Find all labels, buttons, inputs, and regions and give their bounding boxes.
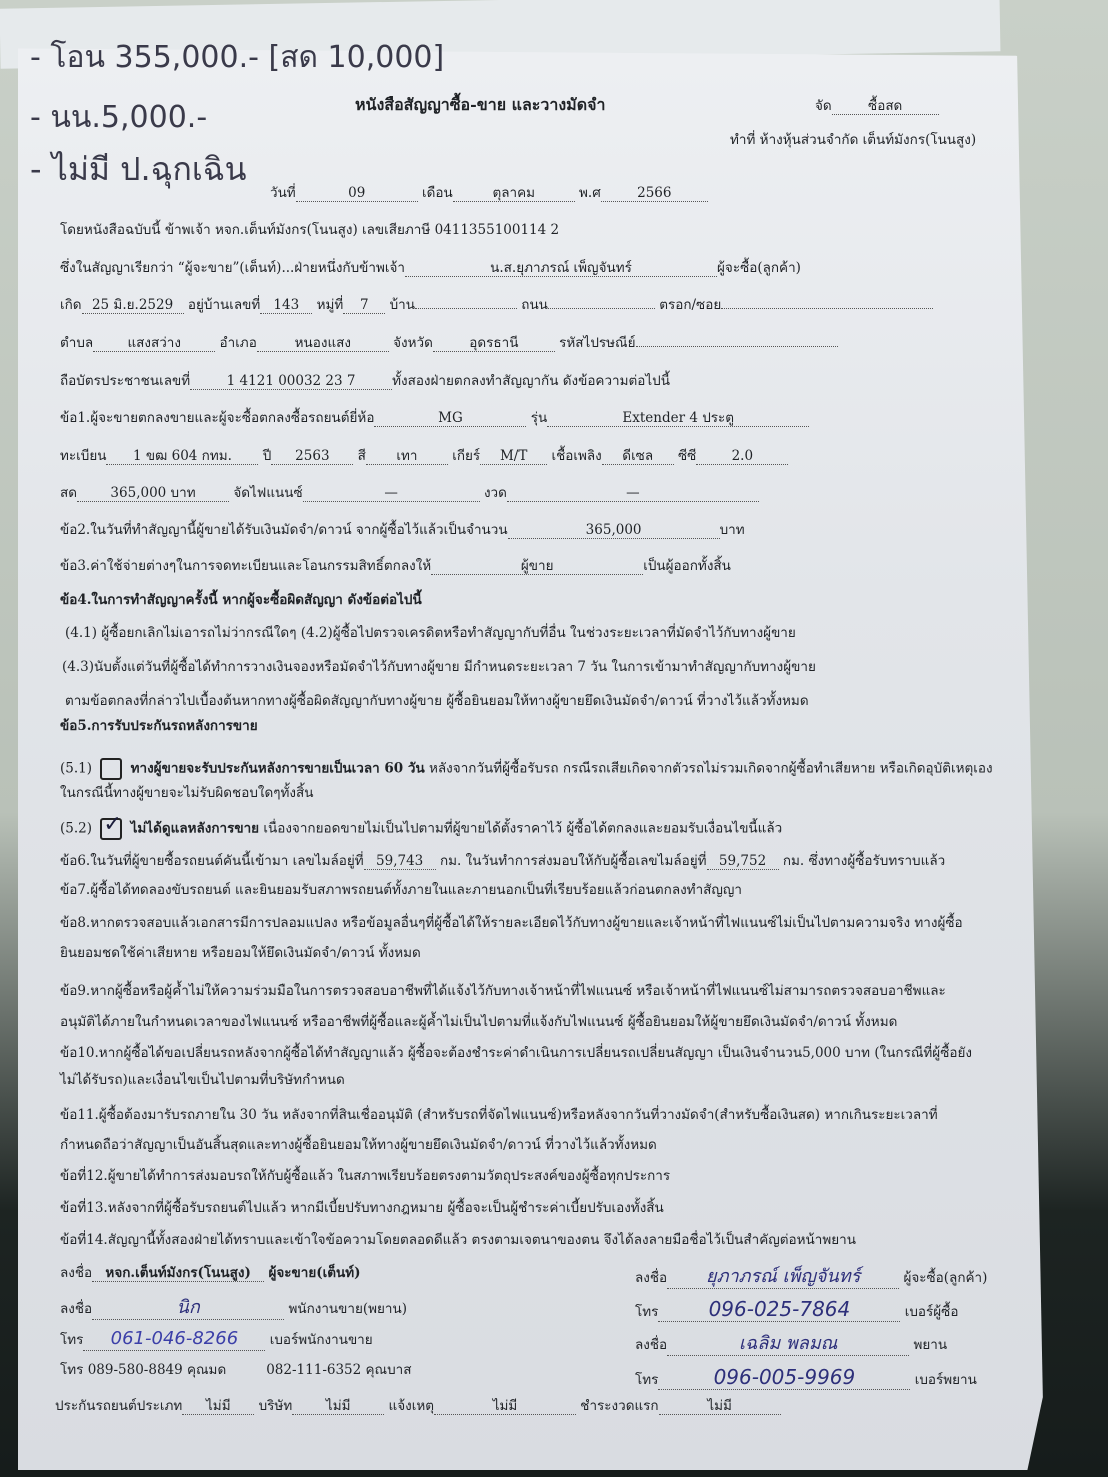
clause-1: ข้อ1.ผู้จะขายตกลงขายและผู้จะซื้อตกลงซื้อ… <box>60 410 809 427</box>
clause-5-1: (5.1) ทางผู้ขายจะรับประกันหลังการขายเป็น… <box>60 758 993 780</box>
clause-8: ข้อ8.หากตรวจสอบแล้วเอกสารมีการปลอมแปลง ห… <box>60 915 963 931</box>
buyer-signature: ลงชื่อยุภาภรณ์ เพ็ญจันทร์ ผู้จะซื้อ(ลูกค… <box>635 1266 987 1289</box>
witness-signature: ลงชื่อเฉลิม พลมณ พยาน <box>635 1333 947 1356</box>
checkmark-icon: ✓ <box>103 812 121 838</box>
clause-5-heading: ข้อ5.การรับประกันรถหลังการขาย <box>60 718 258 734</box>
clause-4-3-cont: ตามข้อตกลงที่กล่าวไปเบื้องต้นหากทางผู้ซื… <box>65 693 809 709</box>
contact-phones: โทร 089-580-8849 คุณมด082-111-6352 คุณบา… <box>60 1362 411 1378</box>
clause-6: ข้อ6.ในวันที่ผู้ขายซื้อรถยนต์คันนี้เข้าม… <box>60 853 945 870</box>
clause-2: ข้อ2.ในวันที่ทำสัญญานี้ผู้ขายได้รับเงินม… <box>60 522 745 539</box>
buyer-phone: โทร096-025-7864 เบอร์ผู้ซื้อ <box>635 1297 958 1322</box>
warranty-checkbox[interactable] <box>100 758 122 780</box>
address-line-2: ตำบลแสงสว่าง อำเภอหนองแสง จังหวัดอุดรธาน… <box>60 335 838 352</box>
clause-4-heading: ข้อ4.ในการทำสัญญาครั้งนี้ หากผู้จะซื้อผิ… <box>60 592 422 608</box>
document-title: หนังสือสัญญาซื้อ-ขาย และวางมัดจำ <box>355 95 605 114</box>
clause-10: ข้อ10.หากผู้ซื้อได้ขอเปลี่ยนรถหลังจากผู้… <box>60 1045 972 1061</box>
id-card-line: ถือบัตรประชาชนเลขที่1 4121 00032 23 7ทั้… <box>60 373 670 390</box>
clause-4-3: (4.3)นับตั้งแต่วันที่ผู้ซื้อได้ทำการวางเ… <box>62 659 816 675</box>
price-line: สด365,000 บาท จัดไฟแนนซ์— งวด— <box>60 485 759 502</box>
address-line-1: เกิด25 มิ.ย.2529 อยู่บ้านเลขที่143 หมู่ท… <box>60 297 933 314</box>
note-no-insurance: - ไม่มี ป.ฉุกเฉิน <box>30 150 246 188</box>
clause-8-cont: ยินยอมชดใช้ค่าเสียหาย หรือยอมให้ยึดเงินม… <box>60 945 421 961</box>
clause-10-cont: ไม่ได้รับรถ)และเงื่อนไขเป็นไปตามที่บริษั… <box>60 1072 345 1088</box>
insurance-line: ประกันรถยนต์ประเภทไม่มี บริษัทไม่มี แจ้ง… <box>55 1398 781 1415</box>
clause-5-1-cont: ในกรณีนี้ทางผู้ขายจะไม่รับผิดชอบใดๆทั้งส… <box>60 785 313 801</box>
clause-9: ข้อ9.หากผู้ซื้อหรือผู้ค้ำไม่ให้ความร่วมม… <box>60 983 946 999</box>
witness-phone: โทร096-005-9969 เบอร์พยาน <box>635 1365 977 1390</box>
clause-4-1: (4.1) ผู้ซื้อยกเลิกไม่เอารถไม่ว่ากรณีใดๆ… <box>65 625 796 641</box>
vehicle-details: ทะเบียน1 ขฒ 604 กทม. ปี2563 สีเทา เกียร์… <box>60 448 788 465</box>
clause-11: ข้อ11.ผู้ซื้อต้องมารับรถภายใน 30 วัน หลั… <box>60 1107 938 1123</box>
note-transfer: - โอน 355,000.- [สด 10,000] <box>30 40 444 76</box>
clause-13: ข้อที่13.หลังจากที่ผู้ซื้อรับรถยนต์ไปแล้… <box>60 1200 664 1216</box>
clause-11-cont: กำหนดถือว่าสัญญาเป็นอันสิ้นสุดและทางผู้ซ… <box>60 1137 657 1153</box>
deal-type: จัดซื้อสด <box>815 98 939 115</box>
note-nn: - นน.5,000.- <box>30 100 207 136</box>
clause-9-cont: อนุมัติได้ภายในกำหนดเวลาของไฟแนนซ์ หรืออ… <box>60 1014 897 1030</box>
clause-3: ข้อ3.ค่าใช้จ่ายต่างๆในการจดทะเบียนและโอน… <box>60 558 731 575</box>
clause-5-2: (5.2) ✓ ไม่ได้ดูแลหลังการขาย เนื่องจากยอ… <box>60 818 782 840</box>
seller-signature: ลงชื่อหจก.เต็นท์มังกร(โนนสูง) ผู้จะขาย(เ… <box>60 1265 361 1282</box>
seller-intro: โดยหนังสือฉบับนี้ ข้าพเจ้า หจก.เต็นท์มัง… <box>60 222 559 238</box>
contract-date: วันที่09 เดือนตุลาคม พ.ศ2566 <box>270 185 708 202</box>
buyer-line: ซึ่งในสัญญาเรียกว่า “ผู้จะขาย”(เต็นท์)..… <box>60 260 801 277</box>
clause-14: ข้อที่14.สัญญานี้ทั้งสองฝ่ายได้ทราบและเข… <box>60 1232 856 1248</box>
clause-12: ข้อที่12.ผู้ขายได้ทำการส่งมอบรถให้กับผู้… <box>60 1168 670 1184</box>
place: ทำที่ ห้างหุ้นส่วนจำกัด เต็นท์มังกร(โนนส… <box>730 132 976 148</box>
no-aftersale-checkbox[interactable]: ✓ <box>100 818 122 840</box>
clause-7: ข้อ7.ผู้ซื้อได้ทดลองขับรถยนต์ และยินยอมร… <box>60 882 742 898</box>
salesman-phone: โทร061-046-8266 เบอร์พนักงานขาย <box>60 1328 373 1351</box>
salesman-signature: ลงชื่อนิก พนักงานขาย(พยาน) <box>60 1297 407 1320</box>
